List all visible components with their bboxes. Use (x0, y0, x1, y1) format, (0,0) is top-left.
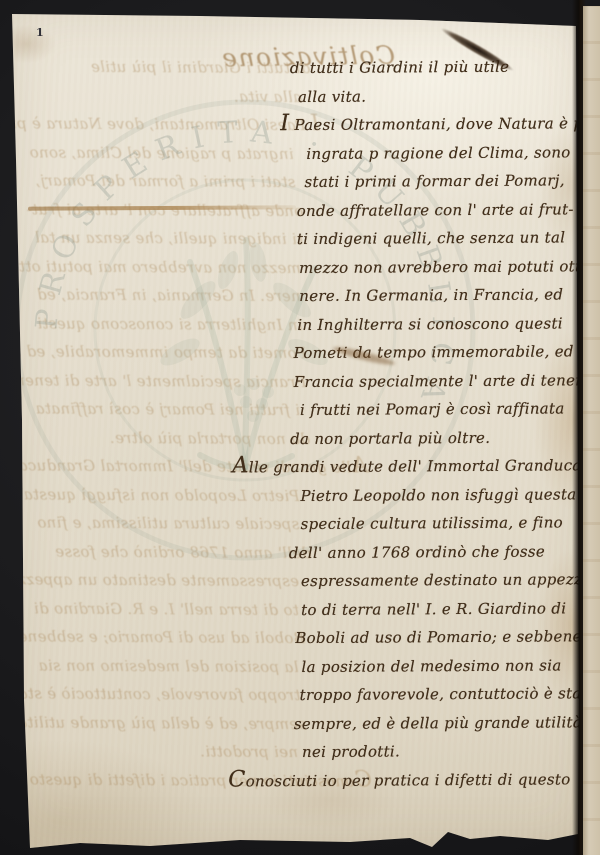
manuscript-line: ingrata p ragione del Clima, sono (306, 138, 598, 168)
manuscript-line: espressamente destinato un appezzamen- (301, 565, 600, 595)
adjacent-page-edge (583, 6, 600, 855)
manuscript-line: mezzo non avrebbero mai potuti otte- (299, 252, 599, 282)
manuscript-line: sempre, ed è della più grande utilità (294, 708, 600, 738)
manuscript-page: di tutti i Giardini il più utilealla vit… (0, 0, 600, 855)
manuscript-line: alla vita. (298, 81, 598, 111)
manuscript-line: Boboli ad uso di Pomario; e sebbene (295, 622, 600, 652)
manuscript-line: da non portarla più oltre. (290, 423, 600, 453)
manuscript-line: Francia specialmente l' arte di tenere (294, 366, 600, 396)
manuscript-line: di tutti i Giardini il più utile (290, 52, 598, 82)
manuscript-line: la posizion del medesimo non sia (301, 651, 600, 681)
manuscript-text-column: di tutti i Giardini il più utilealla vit… (0, 52, 600, 797)
manuscript-line: nei prodotti. (302, 736, 600, 766)
manuscript-line: Conosciuti io per pratica i difetti di q… (228, 765, 600, 796)
folio-number: 1 (36, 26, 44, 39)
archive-photo: di tutti i Giardini il più utilealla vit… (0, 0, 600, 855)
manuscript-line: I Paesi Oltramontani, dove Natura è più (280, 109, 598, 139)
manuscript-line: stati i primi a formar dei Pomarj, (304, 166, 598, 196)
manuscript-line: ti indigeni quelli, che senza un tal (297, 223, 599, 253)
manuscript-line: dell' anno 1768 ordinò che fosse (289, 537, 600, 567)
manuscript-line: in Inghilterra si conoscono questi (297, 309, 599, 339)
manuscript-line: troppo favorevole, contuttociò è stato (300, 679, 600, 709)
manuscript-line: Pietro Leopoldo non isfuggì questa (300, 480, 600, 510)
manuscript-line: Alle grandi vedute dell' Immortal Grandu… (232, 451, 600, 482)
manuscript-line: to di terra nell' I. e R. Giardino di (301, 594, 600, 624)
manuscript-line: i frutti nei Pomarj è così raffinata (300, 394, 600, 424)
manuscript-line: nere. In Germania, in Francia, ed (299, 280, 599, 310)
manuscript-line: speciale cultura utilissima, e fino (301, 508, 600, 538)
manuscript-line: onde affratellare con l' arte ai frut- (297, 195, 599, 225)
